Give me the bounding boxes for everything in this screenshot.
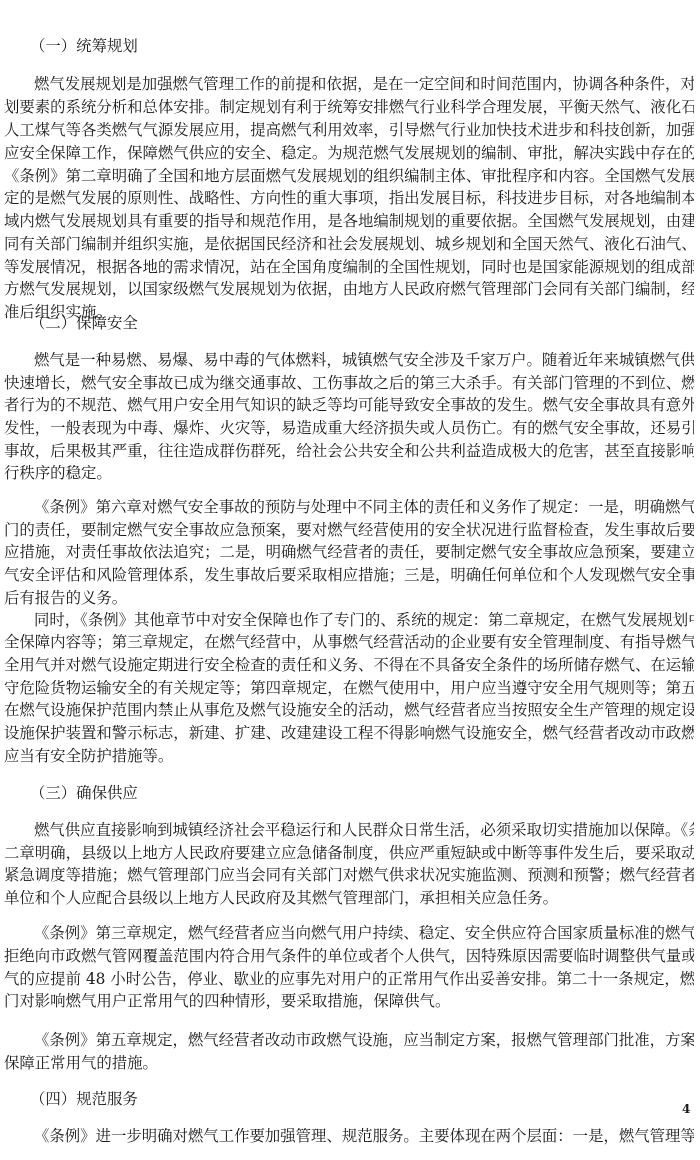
paragraph-line: 燃气供应直接影响到城镇经济社会平稳运行和人民群众日常生活，必须采取切实措施加以保… <box>34 819 694 841</box>
paragraph-line: 保障正常用气的措施。 <box>4 1052 694 1074</box>
paragraph-line: 燃气是一种易燃、易爆、易中毒的气体燃料，城镇燃气安全涉及千家万户。随着近年来城镇… <box>34 349 694 371</box>
paragraph-line: 方燃气发展规划，以国家级燃气发展规划为依据，由地方人民政府燃气管理部门会同有关部… <box>4 278 694 300</box>
paragraph-line: 快速增长，燃气安全事故已成为继交通事故、工伤事故之后的第三大杀手。有关部门管理的… <box>4 372 694 394</box>
paragraph-line: 定的是燃气发展的原则性、战略性、方向性的重大事项，指出发展目标，科技进步目标，对… <box>4 187 694 209</box>
paragraph-line: 燃气发展规划是加强燃气管理工作的前提和依据，是在一定空间和时间范围内，协调各种条… <box>34 73 694 95</box>
section-heading-safety: （二）保障安全 <box>30 312 138 334</box>
paragraph-line: 二章明确，县级以上地方人民政府要建立应急储备制度，供应严重短缺或中断等事件发生后… <box>4 842 694 864</box>
section-heading-service: （四）规范服务 <box>30 1088 138 1110</box>
document-page: （一）统筹规划 燃气发展规划是加强燃气管理工作的前提和依据，是在一定空间和时间范… <box>0 0 700 1160</box>
page-number: 4 <box>682 1102 690 1116</box>
paragraph-line: 同有关部门编制并组织实施，是依据国民经济和社会发展规划、城乡规划和全国天然气、液… <box>4 233 694 255</box>
paragraph-line: 全用气并对燃气设施定期进行安全检查的责任和义务、不得在不具备安全条件的场所储存燃… <box>4 654 694 676</box>
paragraph-line: 气安全评估和风险管理体系，发生事故后要采取相应措施；三是，明确任何单位和个人发现… <box>4 564 694 586</box>
paragraph-line: 紧急调度等措施；燃气管理部门应当会同有关部门对燃气供求状况实施监测、预测和预警；… <box>4 864 694 886</box>
paragraph-line: 行秩序的稳定。 <box>4 462 694 484</box>
paragraph-line: 拒绝向市政燃气管网覆盖范围内符合用气条件的单位或者个人供气，因特殊原因需要临时调… <box>4 945 694 967</box>
paragraph-line: 守危险货物运输安全的有关规定等；第四章规定，在燃气使用中，用户应当遵守安全用气规… <box>4 677 694 699</box>
paragraph-line: 等发展情况，根据各地的需求情况，站在全国角度编制的全国性规划，同时也是国家能源规… <box>4 256 694 278</box>
paragraph-line: 域内燃气发展规划具有重要的指导和规范作用，是各地编制规划的重要依据。全国燃气发展… <box>4 210 694 232</box>
paragraph-line: 设施保护装置和警示标志，新建、扩建、改建建设工程不得影响燃气设施安全，燃气经营者… <box>4 722 694 744</box>
section-heading-planning: （一）统筹规划 <box>30 35 138 57</box>
paragraph-line: 《条例》第二章明确了全国和地方层面燃气发展规划的组织编制主体、审批程序和内容。全… <box>4 165 694 187</box>
paragraph-line: 人工煤气等各类燃气气源发展应用，提高燃气利用效率，引导燃气行业加快技术进步和科技… <box>4 119 694 141</box>
paragraph-line: 《条例》第六章对燃气安全事故的预防与处理中不同主体的责任和义务作了规定：一是，明… <box>34 496 694 518</box>
paragraph-line: 划要素的系统分析和总体安排。制定规划有利于统筹安排燃气行业科学合理发展，平衡天然… <box>4 96 694 118</box>
paragraph-line: 同时，《条例》其他章节中对安全保障也作了专门的、系统的规定：第二章规定，在燃气发… <box>34 609 694 631</box>
paragraph-line: 《条例》第五章规定，燃气经营者改动市政燃气设施，应当制定方案，报燃气管理部门批准… <box>34 1029 694 1051</box>
paragraph-line: 《条例》第三章规定，燃气经营者应当向燃气用户持续、稳定、安全供应符合国家质量标准… <box>34 922 694 944</box>
paragraph-line: 全保障内容等；第三章规定，在燃气经营中，从事燃气经营活动的企业要有安全管理制度、… <box>4 631 694 653</box>
paragraph-line: 发性，一般表现为中毒、爆炸、火灾等，易造成重大经济损失或人员伤亡。有的燃气安全事… <box>4 417 694 439</box>
paragraph-line: 后有报告的义务。 <box>4 587 694 609</box>
paragraph-line: 门对影响燃气用户正常用气的四种情形，要采取措施，保障供气。 <box>4 990 694 1012</box>
paragraph-line: 在燃气设施保护范围内禁止从事危及燃气设施安全的活动，燃气经营者应当按照安全生产管… <box>4 699 694 721</box>
paragraph-line: 门的责任，要制定燃气安全事故应急预案，要对燃气经营使用的安全状况进行监督检查，发… <box>4 519 694 541</box>
paragraph-line: 事故，后果极其严重，往往造成群伤群死，给社会公共安全和公共利益造成极大的危害，甚… <box>4 440 694 462</box>
paragraph-line: 气的应提前 48 小时公告，停业、歇业的应事先对用户的正常用气作出妥善安排。第二… <box>4 968 694 990</box>
paragraph-line: 应安全保障工作，保障燃气供应的安全、稳定。为规范燃气发展规划的编制、审批，解决实… <box>4 142 694 164</box>
paragraph-line: 应当有安全防护措施等。 <box>4 745 694 767</box>
section-heading-supply: （三）确保供应 <box>30 782 138 804</box>
paragraph-line: 者行为的不规范、燃气用户安全用气知识的缺乏等均可能导致安全事故的发生。燃气安全事… <box>4 394 694 416</box>
paragraph-line: 《条例》进一步明确对燃气工作要加强管理、规范服务。主要体现在两个层面：一是，燃气… <box>34 1125 694 1147</box>
paragraph-line: 单位和个人应配合县级以上地方人民政府及其燃气管理部门，承担相关应急任务。 <box>4 887 694 909</box>
paragraph-line: 应措施，对责任事故依法追究；二是，明确燃气经营者的责任，要制定燃气安全事故应急预… <box>4 541 694 563</box>
